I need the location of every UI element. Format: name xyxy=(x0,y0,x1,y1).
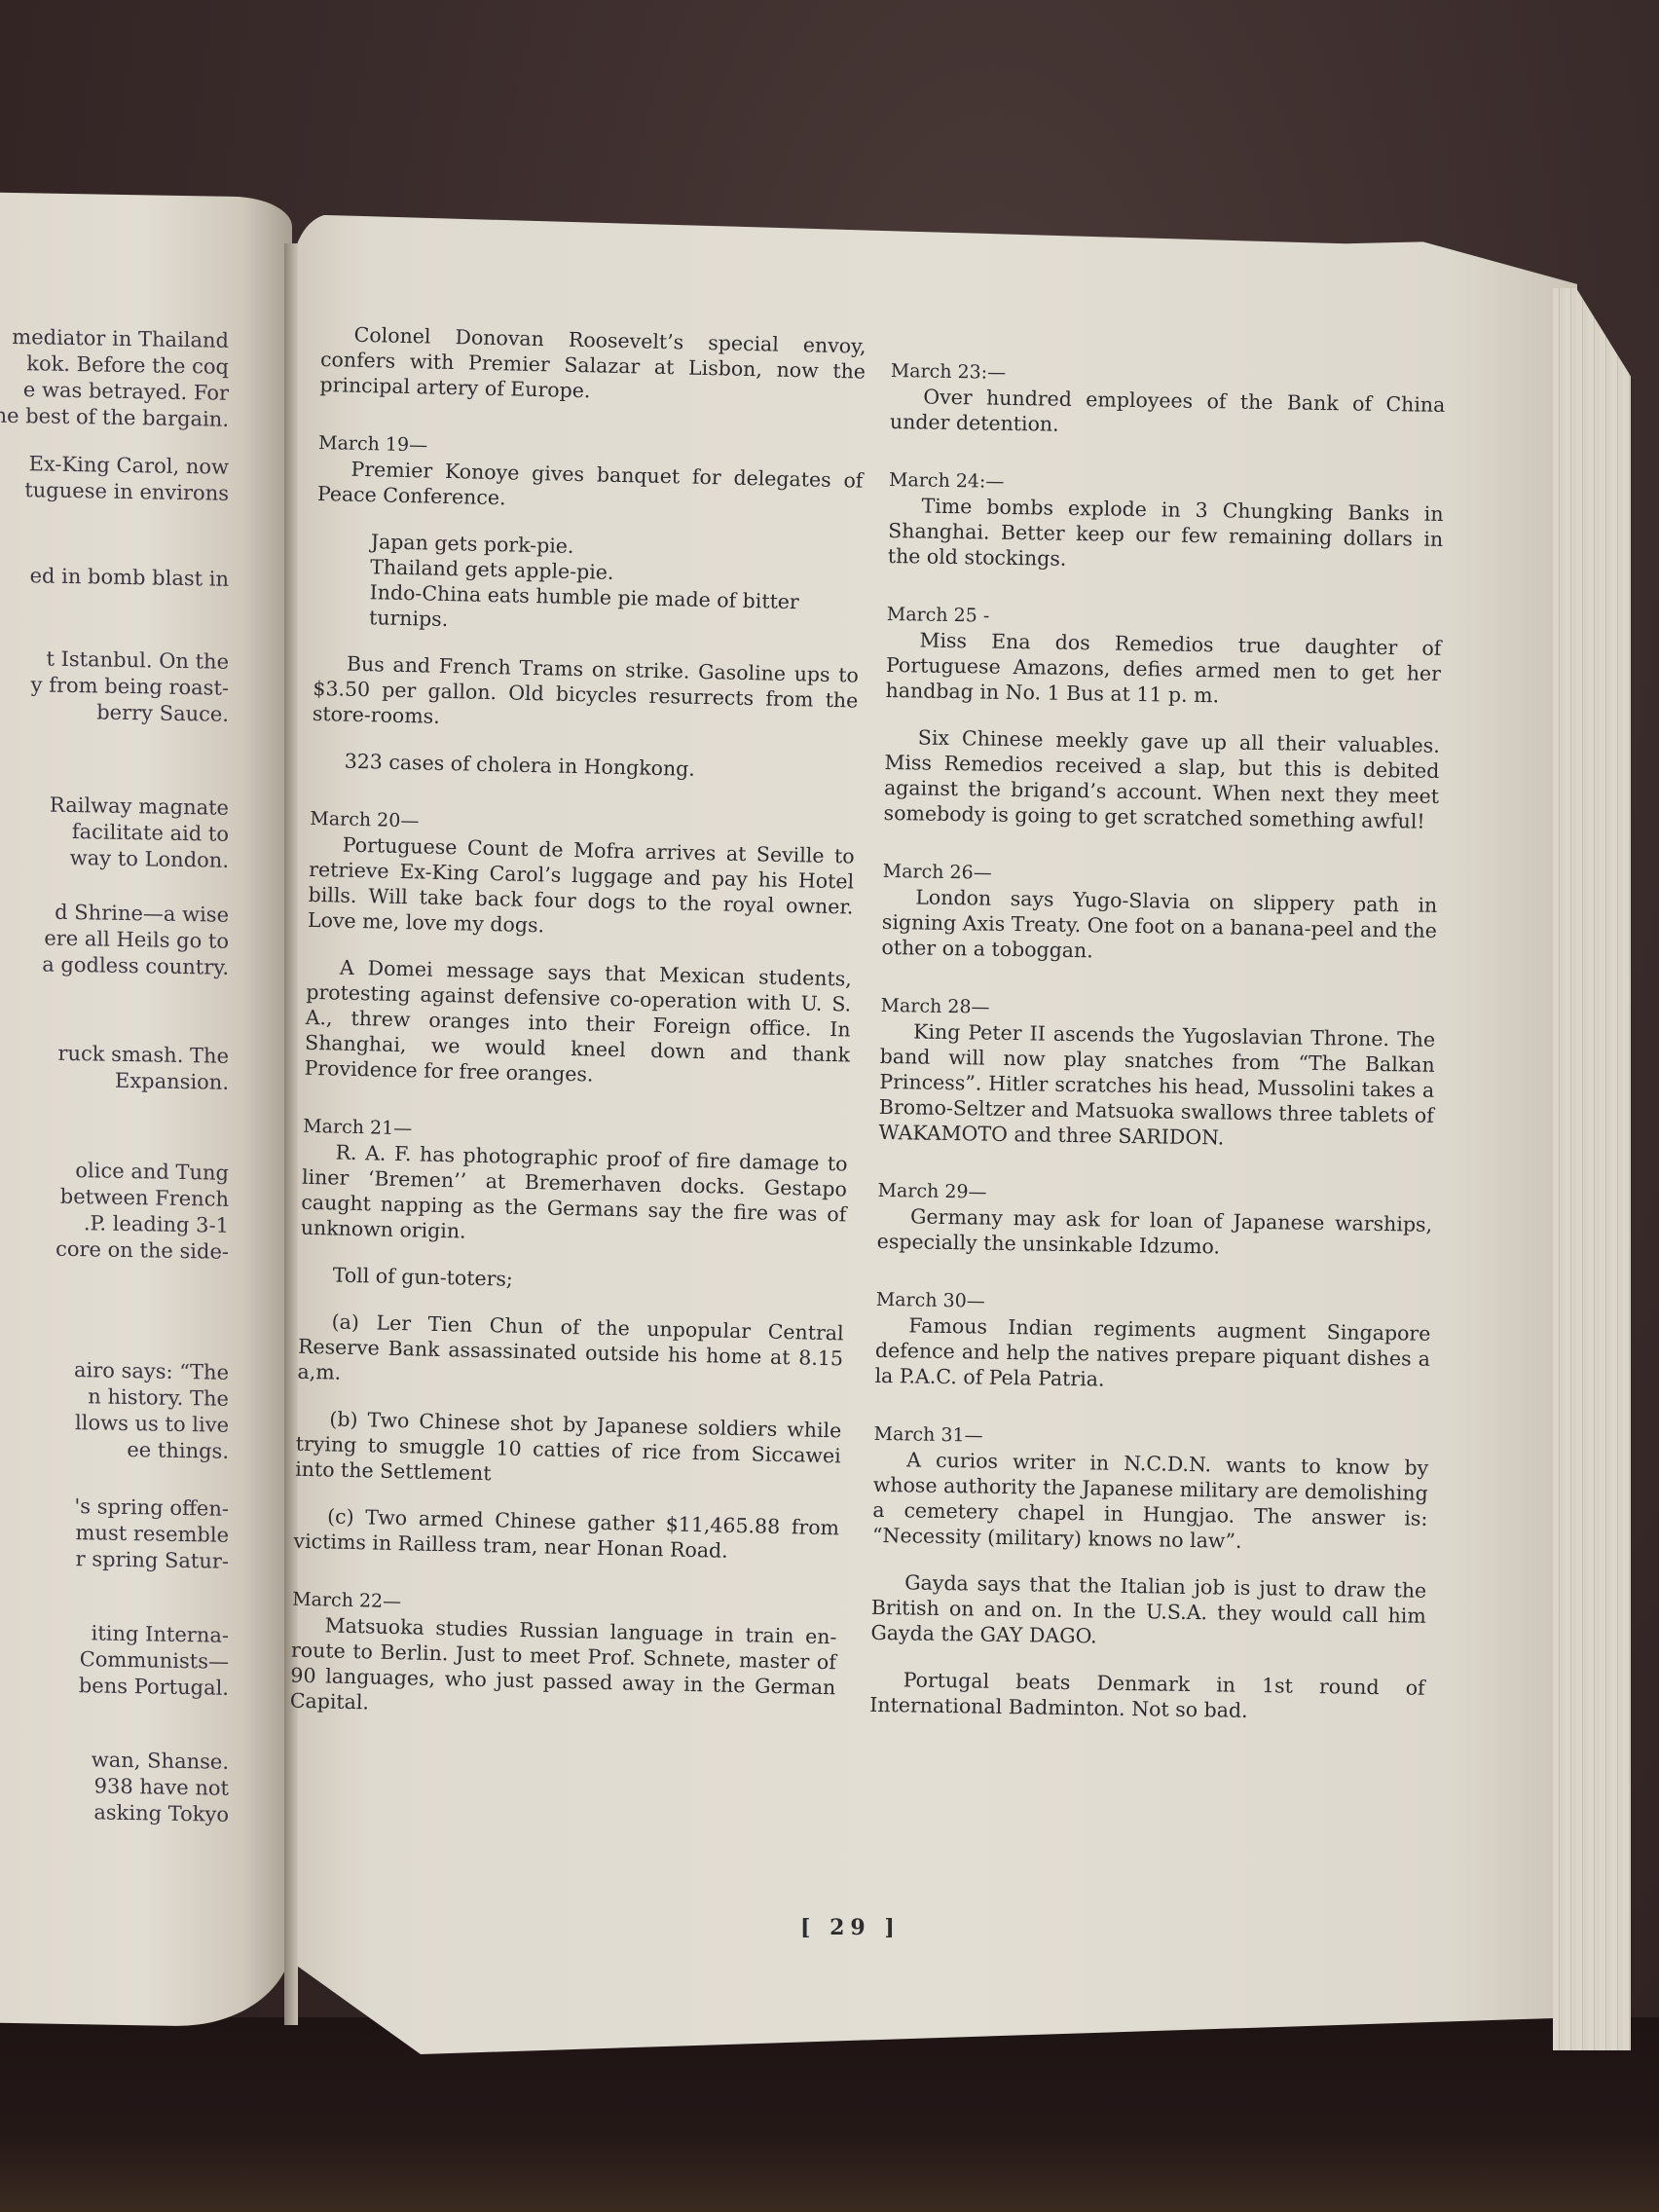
entry-march-22: March 22— Matsuoka studies Russian langu… xyxy=(290,1587,838,1726)
fragment-line: he best of the bargain. xyxy=(0,402,229,433)
fragment-line: airo says: “The xyxy=(0,1355,229,1386)
fragment-line: y from being roast- xyxy=(0,671,229,702)
fragment-line: llows us to live xyxy=(0,1408,229,1439)
entry-march-23: March 23:— Over hundred employees of the… xyxy=(890,358,1446,443)
left-fragment: Ex-King Carol, now tuguese in environs xyxy=(0,450,229,507)
right-column: March 23:— Over hundred employees of the… xyxy=(869,358,1446,1759)
entry-march-24: March 24:— Time bombs explode in 3 Chung… xyxy=(888,467,1445,577)
fragment-line: Expansion. xyxy=(0,1065,229,1096)
fragment-line: ee things. xyxy=(0,1434,229,1465)
table-surface xyxy=(0,2017,1659,2212)
list-item-a: (a) Ler Tien Chun of the unpopular Centr… xyxy=(297,1309,844,1397)
entry-march-20: March 20— Portuguese Count de Mofra arri… xyxy=(304,806,855,1093)
paragraph: Famous Indian regiments augment Singapor… xyxy=(874,1312,1430,1397)
left-fragment: t Istanbul. On the y from being roast- b… xyxy=(0,645,229,728)
fragment-line: d Shrine—a wise xyxy=(0,898,229,929)
entry-march-29: March 29— Germany may ask for loan of Ja… xyxy=(877,1178,1433,1263)
paragraph: Bus and French Trams on strike. Gasoline… xyxy=(313,650,860,739)
left-fragment: iting Interna- Communists— bens Portugal… xyxy=(0,1618,229,1702)
paragraph: London says Yugo-Slavia on slippery path… xyxy=(881,884,1437,969)
fragment-line: 's spring offen- xyxy=(0,1492,229,1523)
fragment-line: way to London. xyxy=(0,843,229,874)
page-edges xyxy=(1553,288,1631,2050)
paragraph: A Domei message says that Mexican studen… xyxy=(304,954,852,1093)
paragraph: Gayda says that the Italian job is just … xyxy=(870,1569,1426,1654)
left-fragment: ruck smash. The Expansion. xyxy=(0,1039,229,1096)
fragment-line: mediator in Thailand xyxy=(0,323,229,354)
entry-march-21: March 21— R. A. F. has photographic proo… xyxy=(293,1114,848,1567)
fragment-line: t Istanbul. On the xyxy=(0,645,229,676)
fragment-line: core on the side- xyxy=(0,1235,229,1266)
paragraph: King Peter II ascends the Yugoslavian Th… xyxy=(878,1018,1435,1154)
paragraph: Matsuoka studies Russian language in tra… xyxy=(290,1612,837,1726)
entry-intro: Colonel Donovan Roosevelt’s special envo… xyxy=(319,321,866,410)
fragment-line: kok. Before the coq xyxy=(0,350,229,381)
entry-march-30: March 30— Famous Indian regiments augmen… xyxy=(874,1287,1431,1397)
paragraph: R. A. F. has photographic proof of fire … xyxy=(301,1139,848,1253)
fragment-line: Ex-King Carol, now xyxy=(0,450,229,481)
fragment-line: e was betrayed. For xyxy=(0,376,229,407)
paragraph: Miss Ena dos Remedios true daughter of P… xyxy=(885,627,1441,712)
fragment-line: tuguese in environs xyxy=(0,476,229,507)
fragment-line: r spring Satur- xyxy=(0,1544,229,1575)
fragment-line: a godless country. xyxy=(0,950,229,981)
fragment-line: 938 have not xyxy=(0,1771,229,1802)
entry-march-28: March 28— King Peter II ascends the Yugo… xyxy=(878,993,1435,1154)
paragraph: A curios writer in N.C.D.N. wants to kno… xyxy=(872,1447,1429,1557)
fragment-line: berry Sauce. xyxy=(0,697,229,728)
fragment-line: ed in bomb blast in xyxy=(0,562,229,593)
fragment-line: n history. The xyxy=(0,1382,229,1413)
entry-march-31: March 31— A curios writer in N.C.D.N. wa… xyxy=(869,1421,1429,1726)
left-fragment: airo says: “The n history. The llows us … xyxy=(0,1355,229,1465)
fragment-line: iting Interna- xyxy=(0,1618,229,1649)
left-column: Colonel Donovan Roosevelt’s special envo… xyxy=(289,321,866,1758)
fragment-line: facilitate aid to xyxy=(0,817,229,848)
fragment-line: olice and Tung xyxy=(0,1156,229,1187)
left-fragment: ed in bomb blast in xyxy=(0,562,229,593)
entry-march-25: March 25 - Miss Ena dos Remedios true da… xyxy=(883,602,1442,834)
fragment-line: between French xyxy=(0,1182,229,1213)
fragment-line: Communists— xyxy=(0,1644,229,1676)
left-fragment: Railway magnate facilitate aid to way to… xyxy=(0,791,229,874)
entry-march-26: March 26— London says Yugo-Slavia on sli… xyxy=(881,859,1438,969)
verse: Japan gets pork-pie. Thailand gets apple… xyxy=(314,528,862,642)
fragment-line: .P. leading 3-1 xyxy=(0,1208,229,1239)
paragraph: Germany may ask for loan of Japanese war… xyxy=(877,1203,1433,1263)
left-fragment: wan, Shanse. 938 have not asking Tokyo xyxy=(0,1745,229,1828)
left-fragment: d Shrine—a wise ere all Heils go to a go… xyxy=(0,898,229,981)
fragment-line: must resemble xyxy=(0,1518,229,1549)
book-gutter xyxy=(284,243,298,2025)
page-number: [ 29 ] xyxy=(800,1915,901,1940)
paragraph: Portuguese Count de Mofra arrives at Sev… xyxy=(308,831,855,945)
paragraph: Portugal beats Denmark in 1st round of I… xyxy=(869,1667,1425,1726)
paragraph: Colonel Donovan Roosevelt’s special envo… xyxy=(319,321,866,410)
entry-march-19: March 19— Premier Konoye gives banquet f… xyxy=(311,430,864,786)
paragraph: Over hundred employees of the Bank of Ch… xyxy=(890,384,1446,443)
left-page: mediator in Thailand kok. Before the coq… xyxy=(0,192,292,2028)
paragraph: Six Chinese meekly gave up all their val… xyxy=(883,724,1440,834)
left-fragment: olice and Tung between French .P. leadin… xyxy=(0,1156,229,1266)
left-fragment: mediator in Thailand kok. Before the coq… xyxy=(0,323,229,433)
paragraph: Time bombs explode in 3 Chungking Banks … xyxy=(888,493,1444,577)
fragment-line: Railway magnate xyxy=(0,791,229,822)
fragment-line: ruck smash. The xyxy=(0,1039,229,1070)
fragment-line: asking Tokyo xyxy=(0,1797,229,1828)
list-item-b: (b) Two Chinese shot by Japanese soldier… xyxy=(295,1406,842,1494)
fragment-line: bens Portugal. xyxy=(0,1671,229,1702)
fragment-line: ere all Heils go to xyxy=(0,924,229,955)
left-fragment: 's spring offen- must resemble r spring … xyxy=(0,1492,229,1575)
fragment-line: wan, Shanse. xyxy=(0,1745,229,1776)
